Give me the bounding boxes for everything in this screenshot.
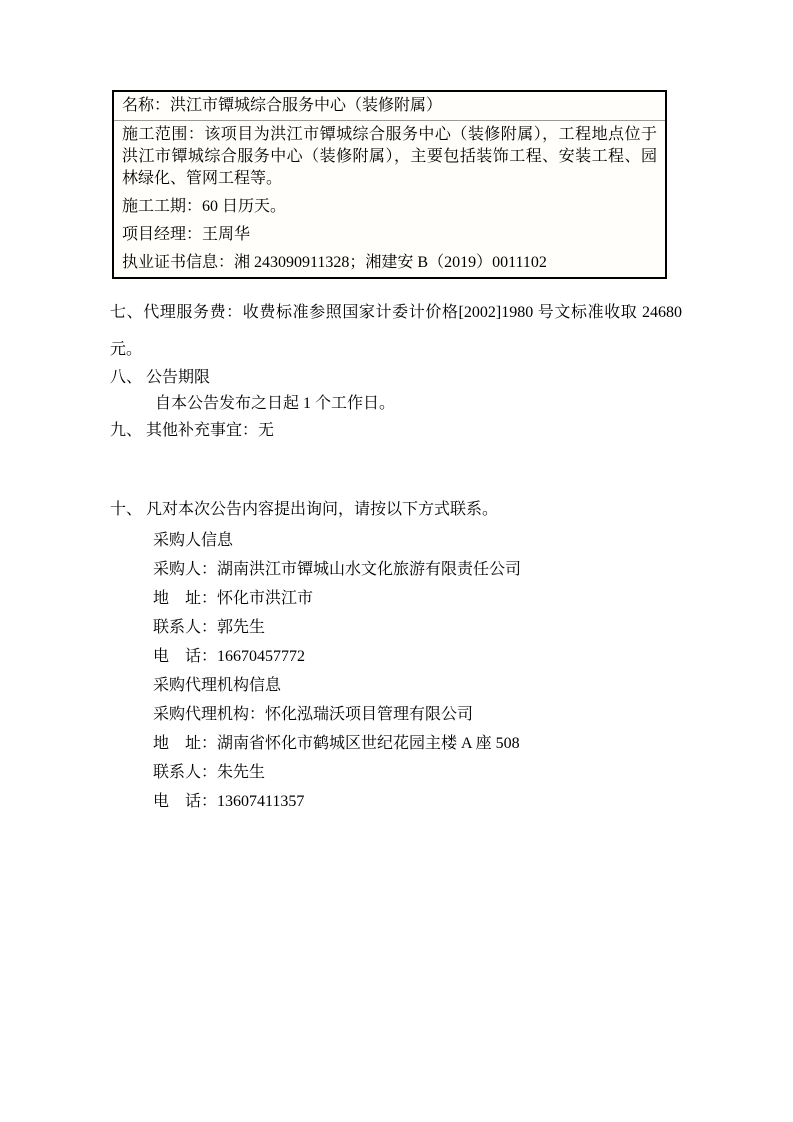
section-8-body: 自本公告发布之日起 1 个工作日。 <box>155 390 682 417</box>
purchaser-address: 地 址：怀化市洪江市 <box>153 584 682 613</box>
agency-name: 采购代理机构：怀化泓瑞沃项目管理有限公司 <box>153 700 682 729</box>
purchaser-name: 采购人：湖南洪江市镡城山水文化旅游有限责任公司 <box>153 555 682 584</box>
agency-address: 地 址：湖南省怀化市鹤城区世纪花园主楼 A 座 508 <box>153 729 682 758</box>
agency-info-heading: 采购代理机构信息 <box>153 671 682 700</box>
table-row-certificate-info: 执业证书信息：湘 243090911328；湘建安 B（2019）0011102 <box>114 249 665 277</box>
table-row-project-manager: 项目经理：王周华 <box>114 221 665 249</box>
section-9-other-matters: 九、 其他补充事宜：无 <box>110 417 682 444</box>
agency-contact-person: 联系人：朱先生 <box>153 758 682 787</box>
purchaser-contact-person: 联系人：郭先生 <box>153 613 682 642</box>
contact-info-block: 采购人信息 采购人：湖南洪江市镡城山水文化旅游有限责任公司 地 址：怀化市洪江市… <box>153 526 682 816</box>
table-row-construction-duration: 施工工期：60 日历天。 <box>114 193 665 221</box>
table-row-project-name: 名称：洪江市镡城综合服务中心（装修附属） <box>114 92 665 121</box>
purchaser-info-heading: 采购人信息 <box>153 526 682 555</box>
announcement-page: 名称：洪江市镡城综合服务中心（装修附属） 施工范围：该项目为洪江市镡城综合服务中… <box>0 0 793 1122</box>
agency-phone: 电 话：13607411357 <box>153 787 682 816</box>
section-8-heading: 八、 公告期限 <box>110 364 682 391</box>
section-7-agency-fee: 七、代理服务费：收费标准参照国家计委计价格[2002]1980 号文标准收取 2… <box>110 294 682 368</box>
section-10-contact-heading: 十、 凡对本次公告内容提出询问，请按以下方式联系。 <box>110 496 682 523</box>
project-info-table: 名称：洪江市镡城综合服务中心（装修附属） 施工范围：该项目为洪江市镡城综合服务中… <box>112 90 667 279</box>
purchaser-phone: 电 话：16670457772 <box>153 642 682 671</box>
table-row-construction-scope: 施工范围：该项目为洪江市镡城综合服务中心（装修附属），工程地点位于洪江市镡城综合… <box>114 121 665 193</box>
